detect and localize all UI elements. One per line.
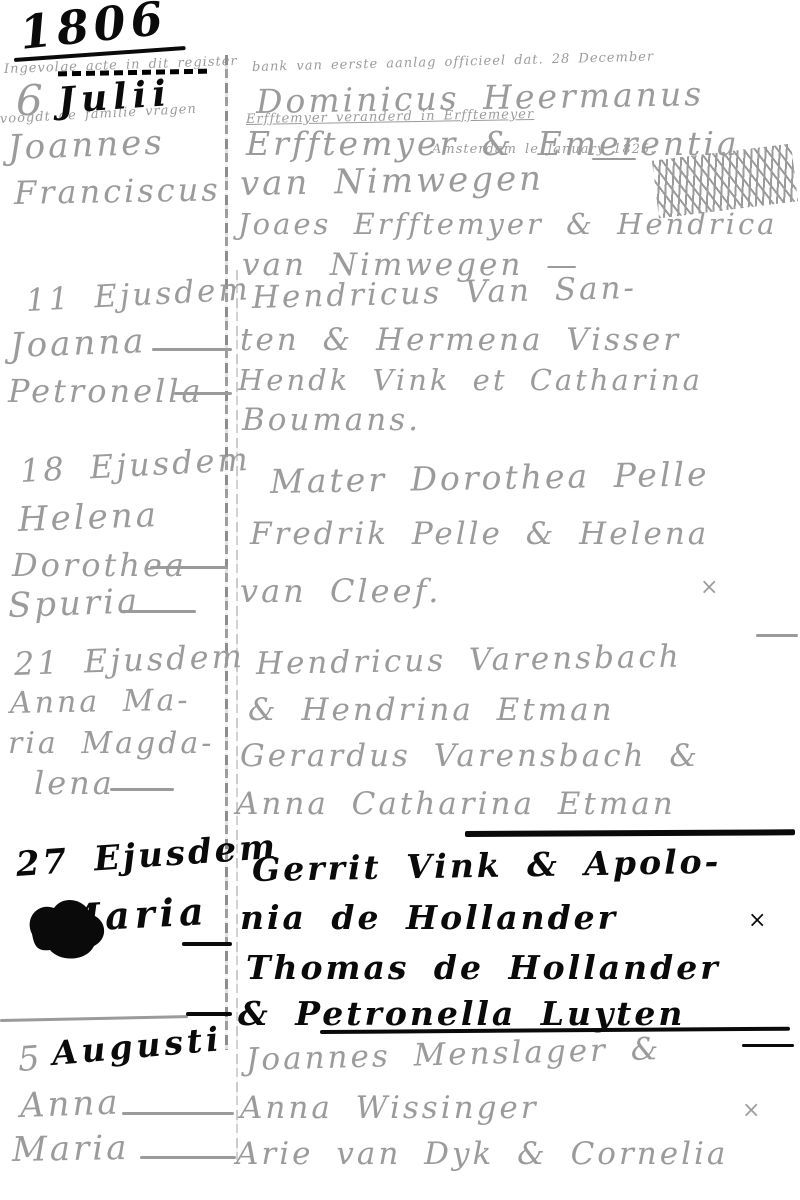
flourish-stroke: [756, 634, 798, 637]
flourish-stroke: [150, 566, 228, 569]
witnesses-line: Gerardus Varensbach &: [240, 738, 700, 774]
child-name-line: Anna Ma-: [10, 683, 191, 721]
child-name-line: Anna: [19, 1083, 121, 1126]
child-name-line: Joanna: [9, 321, 147, 366]
flourish-stroke: [120, 610, 196, 613]
witnesses-line: Arie van Dyk & Cornelia: [236, 1136, 728, 1172]
entry-date-number: 6: [16, 76, 46, 125]
parents-line: Mater Dorothea Pelle: [270, 454, 710, 501]
margin-note: bank van eerste aanlag officieel dat. 28…: [252, 49, 654, 75]
parents-line: Dominicus Heermanus: [256, 74, 705, 121]
witnesses-line: Anna Catharina Etman: [236, 786, 676, 822]
parents-line: Gerrit Vink & Apolo-: [252, 842, 722, 889]
parents-line: van Nimwegen: [240, 159, 545, 204]
child-name-line: Joannes: [7, 123, 165, 168]
flourish-stroke: [152, 348, 232, 351]
parents-line: Joannes Menslager &: [246, 1031, 662, 1078]
entry-date: 11 Ejusdem: [25, 271, 252, 319]
witnesses-line: van Cleef.: [240, 572, 441, 610]
child-name-line: Spuria: [7, 581, 141, 626]
child-name-line: Maria: [12, 1128, 130, 1170]
flourish-stroke: [182, 942, 232, 946]
flourish-stroke: [174, 392, 232, 395]
child-name-line: Dorothea: [12, 546, 187, 584]
entry-date: 18 Ejusdem: [19, 440, 252, 490]
witnesses-line: Boumans.: [242, 402, 421, 438]
flourish-stroke: [110, 788, 174, 791]
witnesses-line: Joaes Erfftemyer & Hendrica: [238, 207, 777, 241]
x-mark-icon: ×: [742, 1098, 760, 1123]
parents-line: Erfftemyer & Emerentia: [246, 124, 740, 163]
entry-date: 27 Ejusdem: [15, 827, 280, 885]
register-page: { "page": { "year": "1806", "annotations…: [0, 0, 800, 1200]
child-name-line: Franciscus: [14, 170, 221, 212]
child-name-line: lena: [34, 764, 115, 802]
child-name-line: Maria: [57, 888, 210, 941]
child-name-line: Helena: [17, 495, 159, 540]
heavy-bar-stroke: [465, 829, 795, 837]
column-divider-line: [225, 55, 228, 1050]
parents-line: nia de Hollander: [240, 898, 618, 937]
flourish-stroke: [122, 1112, 234, 1115]
stray-line-stroke: [186, 1012, 232, 1016]
parents-line: Hendricus Varensbach: [256, 639, 682, 682]
parents-line: & Hendrina Etman: [248, 692, 615, 728]
x-mark-icon: ×: [700, 575, 718, 600]
entry-date: 21 Ejusdem: [13, 637, 245, 683]
witnesses-line: Thomas de Hollander: [246, 948, 721, 987]
entry-date-number: 5: [17, 1038, 44, 1080]
child-name-line: Petronella: [8, 372, 204, 410]
stray-line-stroke: [0, 1015, 188, 1022]
parents-line: Anna Wissinger: [240, 1090, 539, 1126]
child-name-line: ria Magda-: [8, 726, 214, 761]
flourish-stroke: [140, 1156, 236, 1159]
parents-line: Fredrik Pelle & Helena: [250, 516, 709, 552]
parents-line: ten & Hermena Visser: [240, 322, 681, 358]
underline-stroke: [742, 1044, 794, 1047]
x-mark-icon: ×: [748, 908, 766, 933]
entry-date-month: Julii: [57, 72, 174, 122]
entry-date-month: Augusti: [50, 1019, 224, 1073]
witnesses-line: Hendk Vink et Catharina: [238, 363, 703, 397]
